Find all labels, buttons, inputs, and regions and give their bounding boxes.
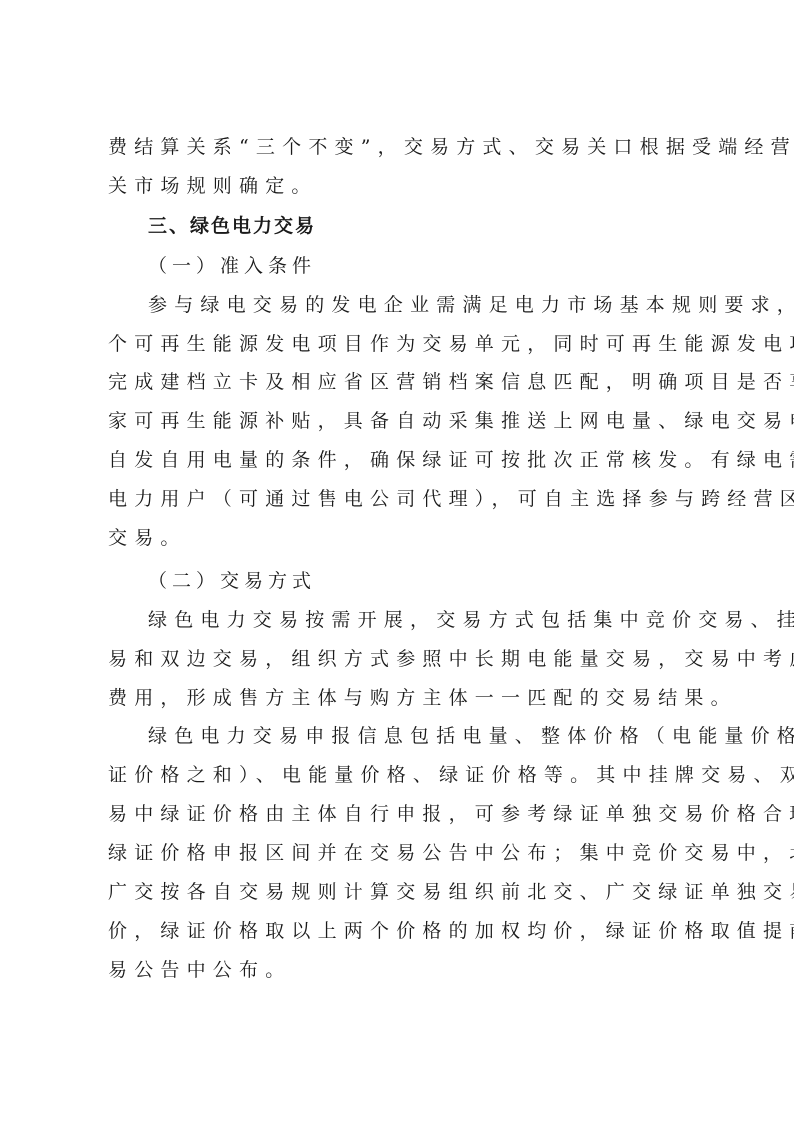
text-line: 易公告中公布。 bbox=[108, 951, 688, 990]
text-line: 关市场规则确定。 bbox=[108, 167, 688, 206]
text-line: 易中绿证价格由主体自行申报，可参考绿证单独交易价格合理设置 bbox=[108, 795, 688, 834]
text-line: 易和双边交易，组织方式参照中长期电能量交易，交易中考虑输电 bbox=[108, 640, 688, 679]
paragraph-trading-methods: 绿色电力交易按需开展，交易方式包括集中竞价交易、挂牌交 易和双边交易，组织方式参… bbox=[108, 601, 688, 718]
text-line: 绿证价格申报区间并在交易公告中公布；集中竞价交易中，北交、 bbox=[108, 834, 688, 873]
subsection-heading: （一）准入条件 bbox=[108, 247, 688, 286]
text-line: 证价格之和）、电能量价格、绿证价格等。其中挂牌交易、双边交 bbox=[108, 756, 688, 795]
text-line: 绿色电力交易申报信息包括电量、整体价格（电能量价格与绿 bbox=[108, 717, 688, 756]
text-line: 费用，形成售方主体与购方主体一一匹配的交易结果。 bbox=[108, 679, 688, 718]
text-line: 绿色电力交易按需开展，交易方式包括集中竞价交易、挂牌交 bbox=[108, 601, 688, 640]
text-line: 广交按各自交易规则计算交易组织前北交、广交绿证单独交易量 bbox=[108, 873, 688, 912]
subsection-heading: （二）交易方式 bbox=[108, 562, 688, 601]
section-heading: 三、绿色电力交易 bbox=[108, 206, 688, 247]
text-line: 完成建档立卡及相应省区营销档案信息匹配，明确项目是否享受国 bbox=[108, 363, 688, 402]
text-line: 个可再生能源发电项目作为交易单元，同时可再生能源发电项目应 bbox=[108, 325, 688, 364]
paragraph-admission-conditions: 参与绿电交易的发电企业需满足电力市场基本规则要求，以单 个可再生能源发电项目作为… bbox=[108, 286, 688, 558]
text-line: 费结算关系“三个不变”，交易方式、交易关口根据受端经营区相 bbox=[108, 128, 688, 167]
paragraph-continuation: 费结算关系“三个不变”，交易方式、交易关口根据受端经营区相 关市场规则确定。 bbox=[108, 128, 688, 206]
document-page: 费结算关系“三个不变”，交易方式、交易关口根据受端经营区相 关市场规则确定。 三… bbox=[108, 128, 688, 990]
text-line: 价，绿证价格取以上两个价格的加权均价，绿证价格取值提前在交 bbox=[108, 912, 688, 951]
text-line: 家可再生能源补贴，具备自动采集推送上网电量、绿电交易电量和 bbox=[108, 402, 688, 441]
text-line: 参与绿电交易的发电企业需满足电力市场基本规则要求，以单 bbox=[108, 286, 688, 325]
text-line: 自发自用电量的条件，确保绿证可按批次正常核发。有绿电需求的 bbox=[108, 441, 688, 480]
paragraph-declaration-info: 绿色电力交易申报信息包括电量、整体价格（电能量价格与绿 证价格之和）、电能量价格… bbox=[108, 717, 688, 989]
text-line: 电力用户（可通过售电公司代理），可自主选择参与跨经营区绿电 bbox=[108, 480, 688, 519]
text-line: 交易。 bbox=[108, 519, 688, 558]
